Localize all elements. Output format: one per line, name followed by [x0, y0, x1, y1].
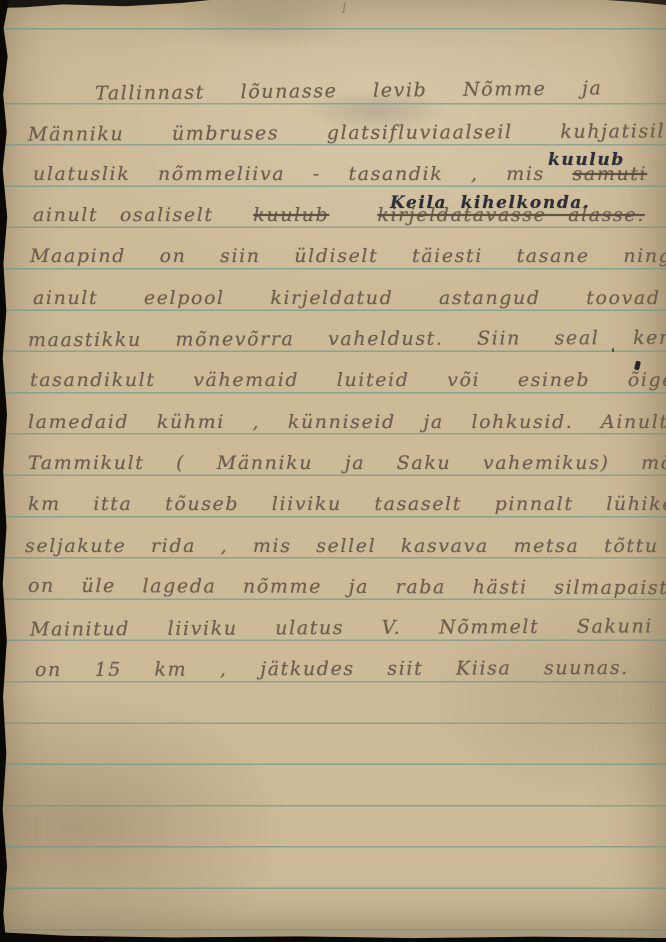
text-segment: km itta tõuseb liiviku tasaselt pinnalt … — [28, 493, 666, 515]
scanned-manuscript-page: Tallinnast lõunasse levib Nõmme jaMännik… — [0, 0, 666, 942]
manuscript-lines: Tallinnast lõunasse levib Nõmme jaMännik… — [0, 0, 666, 942]
text-segment: seljakute rida , mis sellel kasvava mets… — [25, 535, 659, 557]
text-segment: ainult osaliselt — [33, 204, 235, 226]
text-segment: lamedaid kühmi , künniseid ja lohkusid. … — [28, 411, 666, 433]
handwritten-line: tasandikult vähemaid luiteid või esineb … — [30, 367, 666, 393]
text-segment: Tallinnast lõunasse levib Nõmme ja — [95, 77, 603, 104]
text-segment: Männiku ümbruses glatsifluviaalseil kuhj… — [28, 120, 665, 145]
page-mark: 1 — [340, 2, 348, 17]
handwritten-line: ainult eelpool kirjeldatud astangud toov… — [33, 285, 661, 311]
text-segment: ulatuslik nõmmeliiva - tasandik , mis — [33, 163, 573, 185]
text-segment: tasandikult vähemaid luiteid või esineb … — [30, 369, 666, 391]
handwritten-line: Tallinnast lõunasse levib Nõmme ja — [95, 75, 603, 106]
text-segment: Mainitud liiviku ulatus V. Nõmmelt Sakun… — [30, 615, 653, 640]
ink-speck — [612, 348, 614, 352]
handwritten-line: km itta tõuseb liiviku tasaselt pinnalt … — [28, 491, 666, 517]
inserted-correction: kuulub — [548, 147, 625, 173]
text-segment: Tammikult ( Männiku ja Saku vahemikus) m… — [28, 452, 666, 474]
text-segment: kuulub — [548, 150, 625, 170]
handwritten-line: Mainitud liiviku ulatus V. Nõmmelt Sakun… — [30, 613, 653, 642]
text-segment: Maapind on siin üldiselt täiesti tasane … — [30, 245, 666, 267]
handwritten-line: on üle lageda nõmme ja raba hästi silmap… — [28, 573, 666, 601]
handwritten-line: Maapind on siin üldiselt täiesti tasane … — [30, 243, 666, 269]
handwritten-line: maastikku mõnevõrra vaheldust. Siin seal… — [28, 325, 666, 353]
text-segment: Keila kihelkonda. — [390, 193, 590, 213]
handwritten-line: Männiku ümbruses glatsifluviaalseil kuhj… — [28, 118, 665, 147]
handwritten-line: Tammikult ( Männiku ja Saku vahemikus) m… — [28, 450, 666, 476]
text-segment: maastikku mõnevõrra vaheldust. Siin seal… — [28, 327, 666, 351]
inserted-correction: Keila kihelkonda. — [390, 190, 590, 216]
struck-text: kuulub — [253, 204, 329, 226]
text-segment: on 15 km , jätkudes siit Kiisa suunas. — [35, 657, 629, 681]
text-segment: ainult eelpool kirjeldatud astangud toov… — [33, 287, 661, 309]
text-segment: on üle lageda nõmme ja raba hästi silmap… — [28, 575, 666, 599]
handwritten-line: seljakute rida , mis sellel kasvava mets… — [25, 533, 659, 559]
handwritten-line: on 15 km , jätkudes siit Kiisa suunas. — [35, 655, 629, 683]
handwritten-line: lamedaid kühmi , künniseid ja lohkusid. … — [28, 409, 666, 435]
